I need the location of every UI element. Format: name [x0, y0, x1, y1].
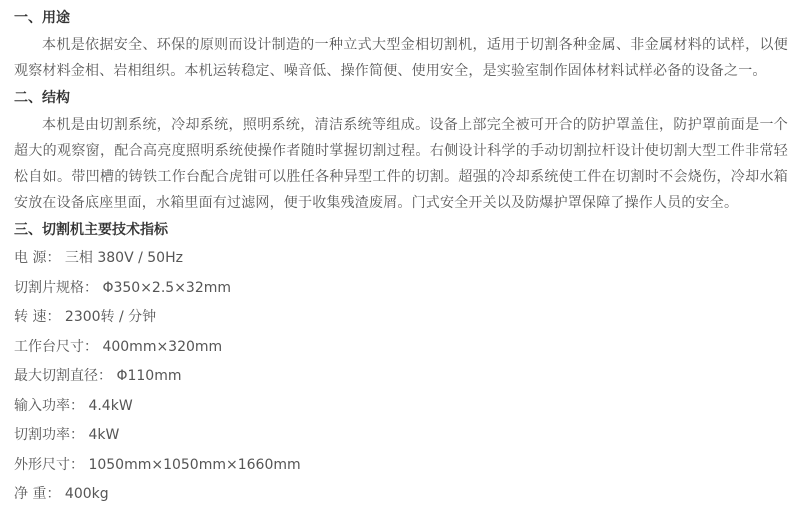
spec-label: 输入功率：	[14, 398, 84, 414]
spec-value: 400kg	[65, 486, 109, 502]
spec-net-weight: 净 重： 400kg	[14, 480, 788, 510]
spec-label: 工作台尺寸：	[14, 339, 98, 355]
spec-label: 切割功率：	[14, 427, 84, 443]
spec-label: 外形尺寸：	[14, 457, 84, 473]
spec-label: 最大切割直径：	[14, 368, 112, 384]
spec-label: 净 重：	[14, 486, 60, 502]
paragraph-usage: 本机是依据安全、环保的原则而设计制造的一种立式大型金相切割机，适用于切割各种金属…	[14, 32, 788, 84]
spec-power-supply: 电 源： 三相 380V / 50Hz	[14, 244, 788, 274]
spec-value: 4.4kW	[88, 398, 132, 414]
paragraph-structure: 本机是由切割系统，冷却系统，照明系统，清洁系统等组成。设备上部完全被可开合的防护…	[14, 112, 788, 216]
spec-table-size: 工作台尺寸： 400mm×320mm	[14, 333, 788, 363]
heading-specs: 三、切割机主要技术指标	[14, 216, 788, 244]
spec-value: 4kW	[88, 427, 119, 443]
spec-speed: 转 速： 2300转 / 分钟	[14, 303, 788, 333]
spec-cutting-power: 切割功率： 4kW	[14, 421, 788, 451]
product-description: 一、用途 本机是依据安全、环保的原则而设计制造的一种立式大型金相切割机，适用于切…	[0, 0, 800, 510]
spec-label: 切割片规格：	[14, 280, 98, 296]
spec-value: 400mm×320mm	[102, 339, 222, 355]
heading-usage: 一、用途	[14, 4, 788, 32]
spec-max-cut-diameter: 最大切割直径： Φ110mm	[14, 362, 788, 392]
spec-dimensions: 外形尺寸： 1050mm×1050mm×1660mm	[14, 451, 788, 481]
spec-input-power: 输入功率： 4.4kW	[14, 392, 788, 422]
spec-value: 1050mm×1050mm×1660mm	[88, 457, 300, 473]
spec-value: Φ110mm	[116, 368, 181, 384]
spec-value: 2300转 / 分钟	[65, 309, 156, 325]
spec-value: Φ350×2.5×32mm	[102, 280, 231, 296]
spec-label: 转 速：	[14, 309, 60, 325]
spec-blade-size: 切割片规格： Φ350×2.5×32mm	[14, 274, 788, 304]
spec-label: 电 源：	[14, 250, 60, 266]
spec-value: 三相 380V / 50Hz	[65, 250, 183, 266]
spec-list: 电 源： 三相 380V / 50Hz 切割片规格： Φ350×2.5×32mm…	[14, 244, 788, 510]
heading-structure: 二、结构	[14, 84, 788, 112]
